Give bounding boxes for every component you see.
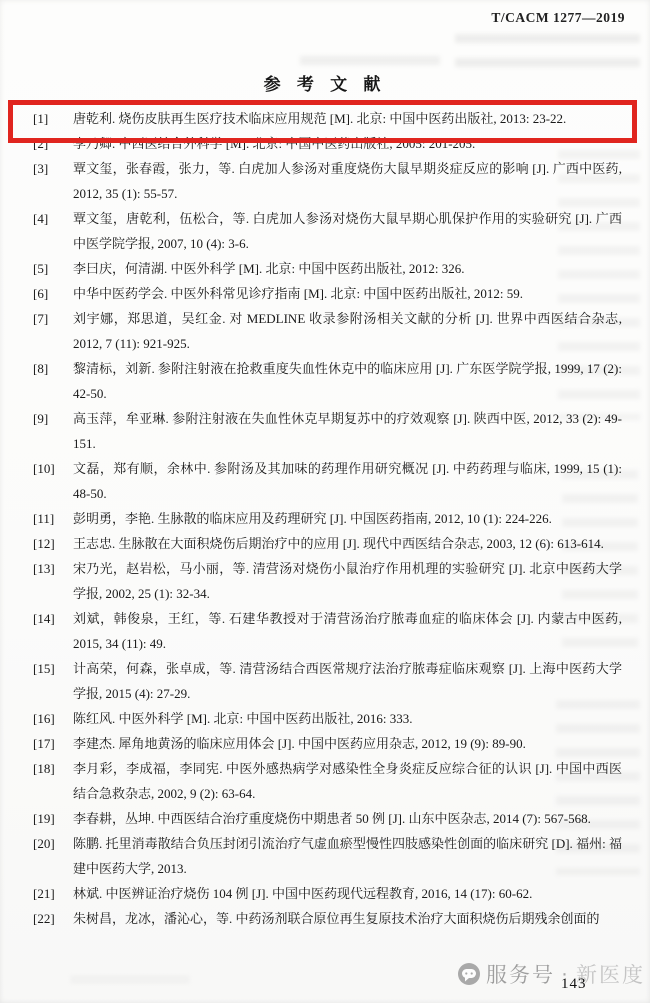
reference-item: [12] 王志忠. 生脉散在大面积烧伤后期治疗中的应用 [J]. 现代中西医结合… [33, 531, 622, 556]
reference-item: [1] 唐乾利. 烧伤皮肤再生医疗技术临床应用规范 [M]. 北京: 中国中医药… [33, 106, 622, 131]
reference-item: [9] 高玉萍，牟亚琳. 参附注射液在失血性休克早期复苏中的疗效观察 [J]. … [33, 406, 622, 456]
reference-item: [18] 李月彩，李成福，李同宪. 中医外感热病学对感染性全身炎症反应综合征的认… [33, 756, 622, 806]
reference-item: [15] 计高荣，何森，张卓成，等. 清营汤结合西医常规疗法治疗脓毒症临床观察 … [33, 656, 622, 706]
chat-bubble-icon [457, 962, 481, 986]
reference-number: [12] [33, 531, 55, 556]
reference-item: [14] 刘斌，韩俊泉，王红，等. 石建华教授对于清营汤治疗脓毒血症的临床体会 … [33, 606, 622, 656]
references-title: 参 考 文 献 [0, 70, 650, 95]
reference-number: [13] [33, 556, 55, 581]
reference-text: 高玉萍，牟亚琳. 参附注射液在失血性休克早期复苏中的疗效观察 [J]. 陕西中医… [73, 411, 622, 451]
reference-item: [3] 覃文玺，张春霞，张力，等. 白虎加人参汤对重度烧伤大鼠早期炎症反应的影响… [33, 156, 622, 206]
reference-item: [8] 黎清标，刘新. 参附注射液在抢救重度失血性休克中的临床应用 [J]. 广… [33, 356, 622, 406]
reference-number: [14] [33, 606, 55, 631]
reference-item: [17] 李建杰. 犀角地黄汤的临床应用体会 [J]. 中国中医药应用杂志, 2… [33, 731, 622, 756]
reference-number: [4] [33, 206, 48, 231]
reference-item: [4] 覃文玺，唐乾利，伍松合，等. 白虎加人参汤对烧伤大鼠早期心肌保护作用的实… [33, 206, 622, 256]
reference-text: 刘斌，韩俊泉，王红，等. 石建华教授对于清营汤治疗脓毒血症的临床体会 [J]. … [73, 611, 622, 651]
reference-number: [11] [33, 506, 54, 531]
reference-item: [2] 李乃卿. 中西医结合外科学 [M]. 北京: 中国中医药出版社, 200… [33, 131, 622, 156]
page-number: 143 [561, 976, 587, 993]
reference-text: 宋乃光，赵岩松，马小丽，等. 清营汤对烧伤小鼠治疗作用机理的实验研究 [J]. … [73, 561, 622, 601]
reference-number: [3] [33, 156, 48, 181]
reference-number: [6] [33, 281, 48, 306]
reference-item: [5] 李曰庆，何清湖. 中医外科学 [M]. 北京: 中国中医药出版社, 20… [33, 256, 622, 281]
reference-item: [21] 林斌. 中医辨证治疗烧伤 104 例 [J]. 中国中医药现代远程教育… [33, 881, 622, 906]
reference-text: 刘宇娜，郑思道，吴红金. 对 MEDLINE 收录参附汤相关文献的分析 [J].… [73, 311, 622, 351]
reference-number: [2] [33, 131, 48, 156]
reference-item: [10] 文磊，郑有顺，余林中. 参附汤及其加味的药理作用研究概况 [J]. 中… [33, 456, 622, 506]
reference-text: 陈红风. 中医外科学 [M]. 北京: 中国中医药出版社, 2016: 333. [73, 711, 412, 726]
reference-text: 文磊，郑有顺，余林中. 参附汤及其加味的药理作用研究概况 [J]. 中药药理与临… [73, 461, 622, 501]
reference-text: 李月彩，李成福，李同宪. 中医外感热病学对感染性全身炎症反应综合征的认识 [J]… [73, 761, 622, 801]
reference-item: [6] 中华中医药学会. 中医外科常见诊疗指南 [M]. 北京: 中国中医药出版… [33, 281, 622, 306]
reference-text: 覃文玺，张春霞，张力，等. 白虎加人参汤对重度烧伤大鼠早期炎症反应的影响 [J]… [73, 161, 622, 201]
reference-item: [19] 李春耕，丛坤. 中西医结合治疗重度烧伤中期患者 50 例 [J]. 山… [33, 806, 622, 831]
reference-number: [20] [33, 831, 55, 856]
watermark: 服务号 · 新医度 [457, 959, 645, 989]
reference-text: 彭明勇，李艳. 生脉散的临床应用及药理研究 [J]. 中国医药指南, 2012,… [73, 511, 552, 526]
reference-text: 王志忠. 生脉散在大面积烧伤后期治疗中的应用 [J]. 现代中西医结合杂志, 2… [73, 536, 604, 551]
reference-number: [21] [33, 881, 55, 906]
reference-text: 李春耕，丛坤. 中西医结合治疗重度烧伤中期患者 50 例 [J]. 山东中医杂志… [73, 811, 591, 826]
reference-number: [7] [33, 306, 48, 331]
reference-item: [13] 宋乃光，赵岩松，马小丽，等. 清营汤对烧伤小鼠治疗作用机理的实验研究 … [33, 556, 622, 606]
scanned-document-page: T/CACM 1277—2019 参 考 文 献 [1] 唐乾利. 烧伤皮肤再生… [0, 0, 650, 1003]
watermark-service-label: 服务号 [486, 959, 555, 989]
page-bleedthrough [70, 975, 190, 989]
reference-number: [15] [33, 656, 55, 681]
reference-item: [20] 陈鹏. 托里消毒散结合负压封闭引流治疗气虚血瘀型慢性四肢感染性创面的临… [33, 831, 622, 881]
reference-text: 李曰庆，何清湖. 中医外科学 [M]. 北京: 中国中医药出版社, 2012: … [73, 261, 464, 276]
reference-list: [1] 唐乾利. 烧伤皮肤再生医疗技术临床应用规范 [M]. 北京: 中国中医药… [33, 106, 622, 931]
reference-number: [22] [33, 906, 55, 931]
reference-number: [19] [33, 806, 55, 831]
reference-number: [1] [33, 106, 48, 131]
reference-text: 李乃卿. 中西医结合外科学 [M]. 北京: 中国中医药出版社, 2005: 2… [73, 136, 475, 151]
document-code: T/CACM 1277—2019 [491, 10, 625, 26]
reference-text: 林斌. 中医辨证治疗烧伤 104 例 [J]. 中国中医药现代远程教育, 201… [73, 886, 532, 901]
reference-text: 覃文玺，唐乾利，伍松合，等. 白虎加人参汤对烧伤大鼠早期心肌保护作用的实验研究 … [73, 211, 622, 251]
reference-number: [10] [33, 456, 55, 481]
reference-text: 唐乾利. 烧伤皮肤再生医疗技术临床应用规范 [M]. 北京: 中国中医药出版社,… [73, 111, 566, 126]
reference-number: [9] [33, 406, 48, 431]
reference-number: [8] [33, 356, 48, 381]
reference-text: 计高荣，何森，张卓成，等. 清营汤结合西医常规疗法治疗脓毒症临床观察 [J]. … [73, 661, 622, 701]
reference-number: [18] [33, 756, 55, 781]
reference-text: 陈鹏. 托里消毒散结合负压封闭引流治疗气虚血瘀型慢性四肢感染性创面的临床研究 [… [73, 836, 622, 876]
reference-text: 朱树昌，龙冰，潘沁心，等. 中药汤剂联合原位再生复原技术治疗大面积烧伤后期残余创… [73, 911, 600, 926]
reference-item: [11] 彭明勇，李艳. 生脉散的临床应用及药理研究 [J]. 中国医药指南, … [33, 506, 622, 531]
reference-number: [17] [33, 731, 55, 756]
reference-text: 黎清标，刘新. 参附注射液在抢救重度失血性休克中的临床应用 [J]. 广东医学院… [73, 361, 622, 401]
reference-number: [16] [33, 706, 55, 731]
reference-item: [7] 刘宇娜，郑思道，吴红金. 对 MEDLINE 收录参附汤相关文献的分析 … [33, 306, 622, 356]
reference-item: [22] 朱树昌，龙冰，潘沁心，等. 中药汤剂联合原位再生复原技术治疗大面积烧伤… [33, 906, 622, 931]
reference-number: [5] [33, 256, 48, 281]
reference-text: 中华中医药学会. 中医外科常见诊疗指南 [M]. 北京: 中国中医药出版社, 2… [73, 286, 523, 301]
reference-item: [16] 陈红风. 中医外科学 [M]. 北京: 中国中医药出版社, 2016:… [33, 706, 622, 731]
reference-text: 李建杰. 犀角地黄汤的临床应用体会 [J]. 中国中医药应用杂志, 2012, … [73, 736, 526, 751]
page-bleedthrough [300, 56, 440, 70]
